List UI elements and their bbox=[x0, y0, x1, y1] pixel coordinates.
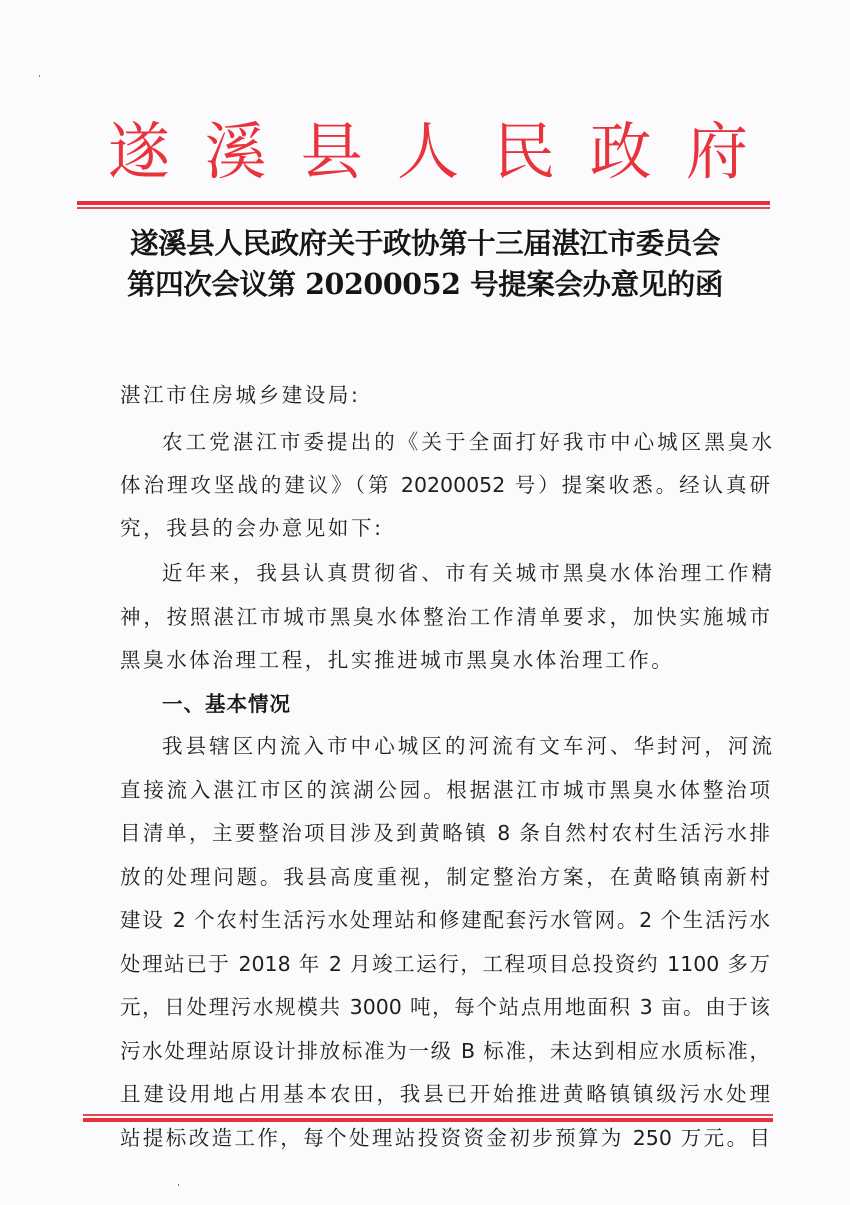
scan-speck bbox=[39, 75, 40, 77]
letterhead-char: 县 bbox=[301, 121, 363, 183]
paragraph-2-line-3: 黑臭水体治理工程，扎实推进城市黑臭水体治理工作。 bbox=[120, 646, 770, 674]
section-paragraph-line-10: 站提标改造工作，每个处理站投资资金初步预算为 250 万元。目 bbox=[120, 1124, 770, 1152]
section-paragraph-line-6: 处理站已于 2018 年 2 月竣工运行，工程项目总投资约 1100 多万 bbox=[120, 950, 770, 978]
section-paragraph-line-9: 且建设用地占用基本农田，我县已开始推进黄略镇镇级污水处理 bbox=[120, 1080, 770, 1108]
section-paragraph-line-8: 污水处理站原设计排放标准为一级 B 标准，未达到相应水质标准， bbox=[120, 1037, 770, 1065]
letterhead-title: 遂 溪 县 人 民 政 府 bbox=[108, 112, 748, 192]
salutation: 湛江市住房城乡建设局: bbox=[120, 381, 770, 409]
letterhead-char: 人 bbox=[397, 121, 459, 183]
scan-speck bbox=[178, 1184, 179, 1186]
document-title-line-1: 遂溪县人民政府关于政协第十三届湛江市委员会 bbox=[80, 225, 770, 261]
document-title-line-2: 第四次会议第 20200052 号提案会办意见的函 bbox=[80, 266, 770, 302]
section-paragraph-line-2: 直接流入湛江市区的滨湖公园。根据湛江市城市黑臭水体整治项 bbox=[120, 776, 770, 804]
paragraph-1-line-2: 体治理攻坚战的建议》（第 20200052 号）提案收悉。经认真研 bbox=[120, 471, 770, 499]
footer-rule-thick bbox=[83, 1118, 773, 1122]
letterhead-char: 遂 bbox=[108, 121, 170, 183]
letterhead-char: 民 bbox=[493, 121, 555, 183]
section-paragraph-line-4: 放的处理问题。我县高度重视，制定整治方案，在黄略镇南新村 bbox=[120, 863, 770, 891]
header-rule-thin bbox=[77, 207, 770, 209]
paragraph-2-line-1: 近年来，我县认真贯彻省、市有关城市黑臭水体治理工作精 bbox=[162, 559, 772, 587]
section-heading: 一、基本情况 bbox=[162, 690, 291, 718]
document-page: 遂 溪 县 人 民 政 府 遂溪县人民政府关于政协第十三届湛江市委员会 第四次会… bbox=[0, 0, 850, 1205]
letterhead-char: 府 bbox=[686, 121, 748, 183]
paragraph-1-line-3: 究，我县的会办意见如下: bbox=[120, 514, 770, 542]
section-paragraph-line-7: 元，日处理污水规模共 3000 吨，每个站点用地面积 3 亩。由于该 bbox=[120, 993, 770, 1021]
header-rule-thick bbox=[77, 201, 770, 205]
paragraph-2-line-2: 神，按照湛江市城市黑臭水体整治工作清单要求，加快实施城市 bbox=[120, 603, 770, 631]
letterhead-char: 溪 bbox=[204, 121, 266, 183]
footer-rule-thin bbox=[83, 1114, 773, 1116]
paragraph-1-line-1: 农工党湛江市委提出的《关于全面打好我市中心城区黑臭水 bbox=[162, 428, 772, 456]
section-paragraph-line-5: 建设 2 个农村生活污水处理站和修建配套污水管网。2 个生活污水 bbox=[120, 906, 770, 934]
section-paragraph-line-3: 目清单，主要整治项目涉及到黄略镇 8 条自然村农村生活污水排 bbox=[120, 819, 770, 847]
section-paragraph-line-1: 我县辖区内流入市中心城区的河流有文车河、华封河，河流 bbox=[162, 732, 772, 760]
letterhead-char: 政 bbox=[590, 121, 652, 183]
